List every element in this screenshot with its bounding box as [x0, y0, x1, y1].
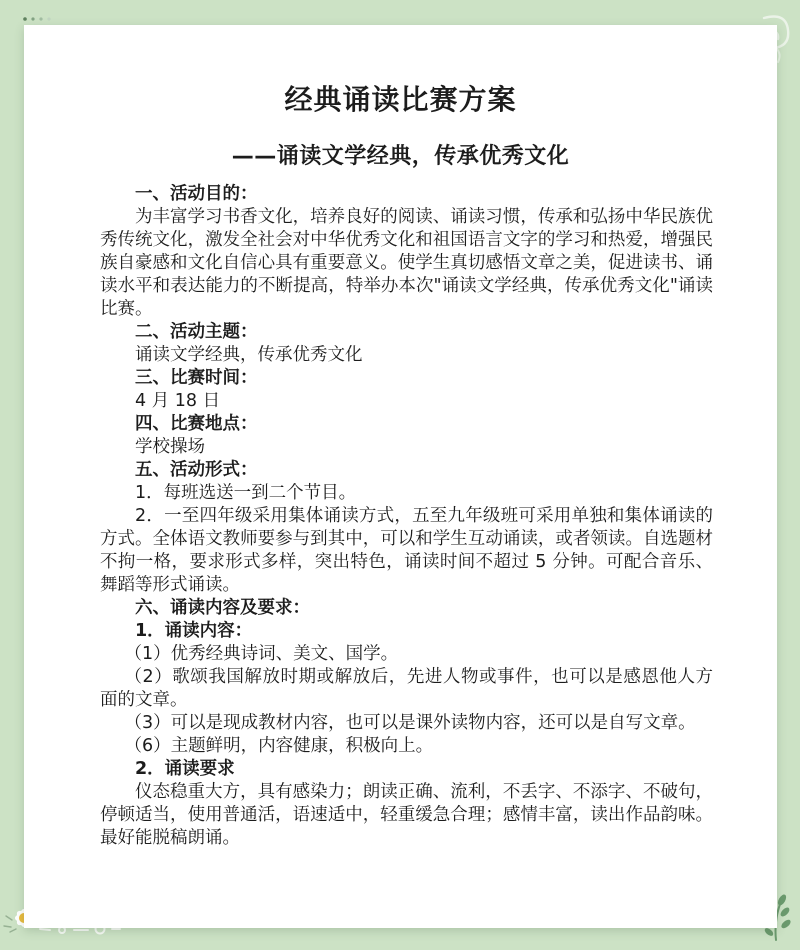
doc-heading: 一、活动目的：	[100, 183, 713, 206]
doc-paragraph: （1）优秀经典诗词、美文、国学。	[100, 643, 713, 666]
page-subtitle: ——诵读文学经典，传承优秀文化	[24, 143, 777, 172]
doc-heading: 六、诵读内容及要求：	[100, 597, 713, 620]
doc-paragraph: 诵读文学经典，传承优秀文化	[100, 344, 713, 367]
document-page: 经典诵读比赛方案 ——诵读文学经典，传承优秀文化 一、活动目的：为丰富学习书香文…	[24, 25, 777, 928]
doc-heading: 三、比赛时间：	[100, 367, 713, 390]
doc-heading: 2．诵读要求	[100, 758, 713, 781]
doc-paragraph: （3）可以是现成教材内容，也可以是课外读物内容，还可以是自写文章。	[100, 712, 713, 735]
doc-heading: 五、活动形式：	[100, 459, 713, 482]
doc-paragraph: （2）歌颂我国解放时期或解放后，先进人物或事件，也可以是感恩他人方面的文章。	[100, 666, 713, 712]
doc-paragraph: 学校操场	[100, 436, 713, 459]
doc-paragraph: 2．一至四年级采用集体诵读方式，五至九年级班可采用单独和集体诵读的方式。全体语文…	[100, 505, 713, 597]
doc-paragraph: 1．每班选送一到二个节目。	[100, 482, 713, 505]
doc-paragraph: （6）主题鲜明，内容健康，积极向上。	[100, 735, 713, 758]
document-body: 一、活动目的：为丰富学习书香文化，培养良好的阅读、诵读习惯，传承和弘扬中华民族优…	[24, 183, 777, 850]
doc-paragraph: 为丰富学习书香文化，培养良好的阅读、诵读习惯，传承和弘扬中华民族优秀传统文化，激…	[100, 206, 713, 321]
dots-icon	[20, 12, 60, 26]
doc-paragraph: 4 月 18 日	[100, 390, 713, 413]
doc-heading: 二、活动主题：	[100, 321, 713, 344]
doc-heading: 四、比赛地点：	[100, 413, 713, 436]
page-title: 经典诵读比赛方案	[24, 81, 777, 119]
photo-background: { "theme": { "background_color": "#cce2c…	[0, 0, 800, 950]
doc-paragraph: 仪态稳重大方，具有感染力；朗读正确、流利，不丢字、不添字、不破句，停顿适当，使用…	[100, 781, 713, 850]
doc-heading: 1．诵读内容：	[100, 620, 713, 643]
